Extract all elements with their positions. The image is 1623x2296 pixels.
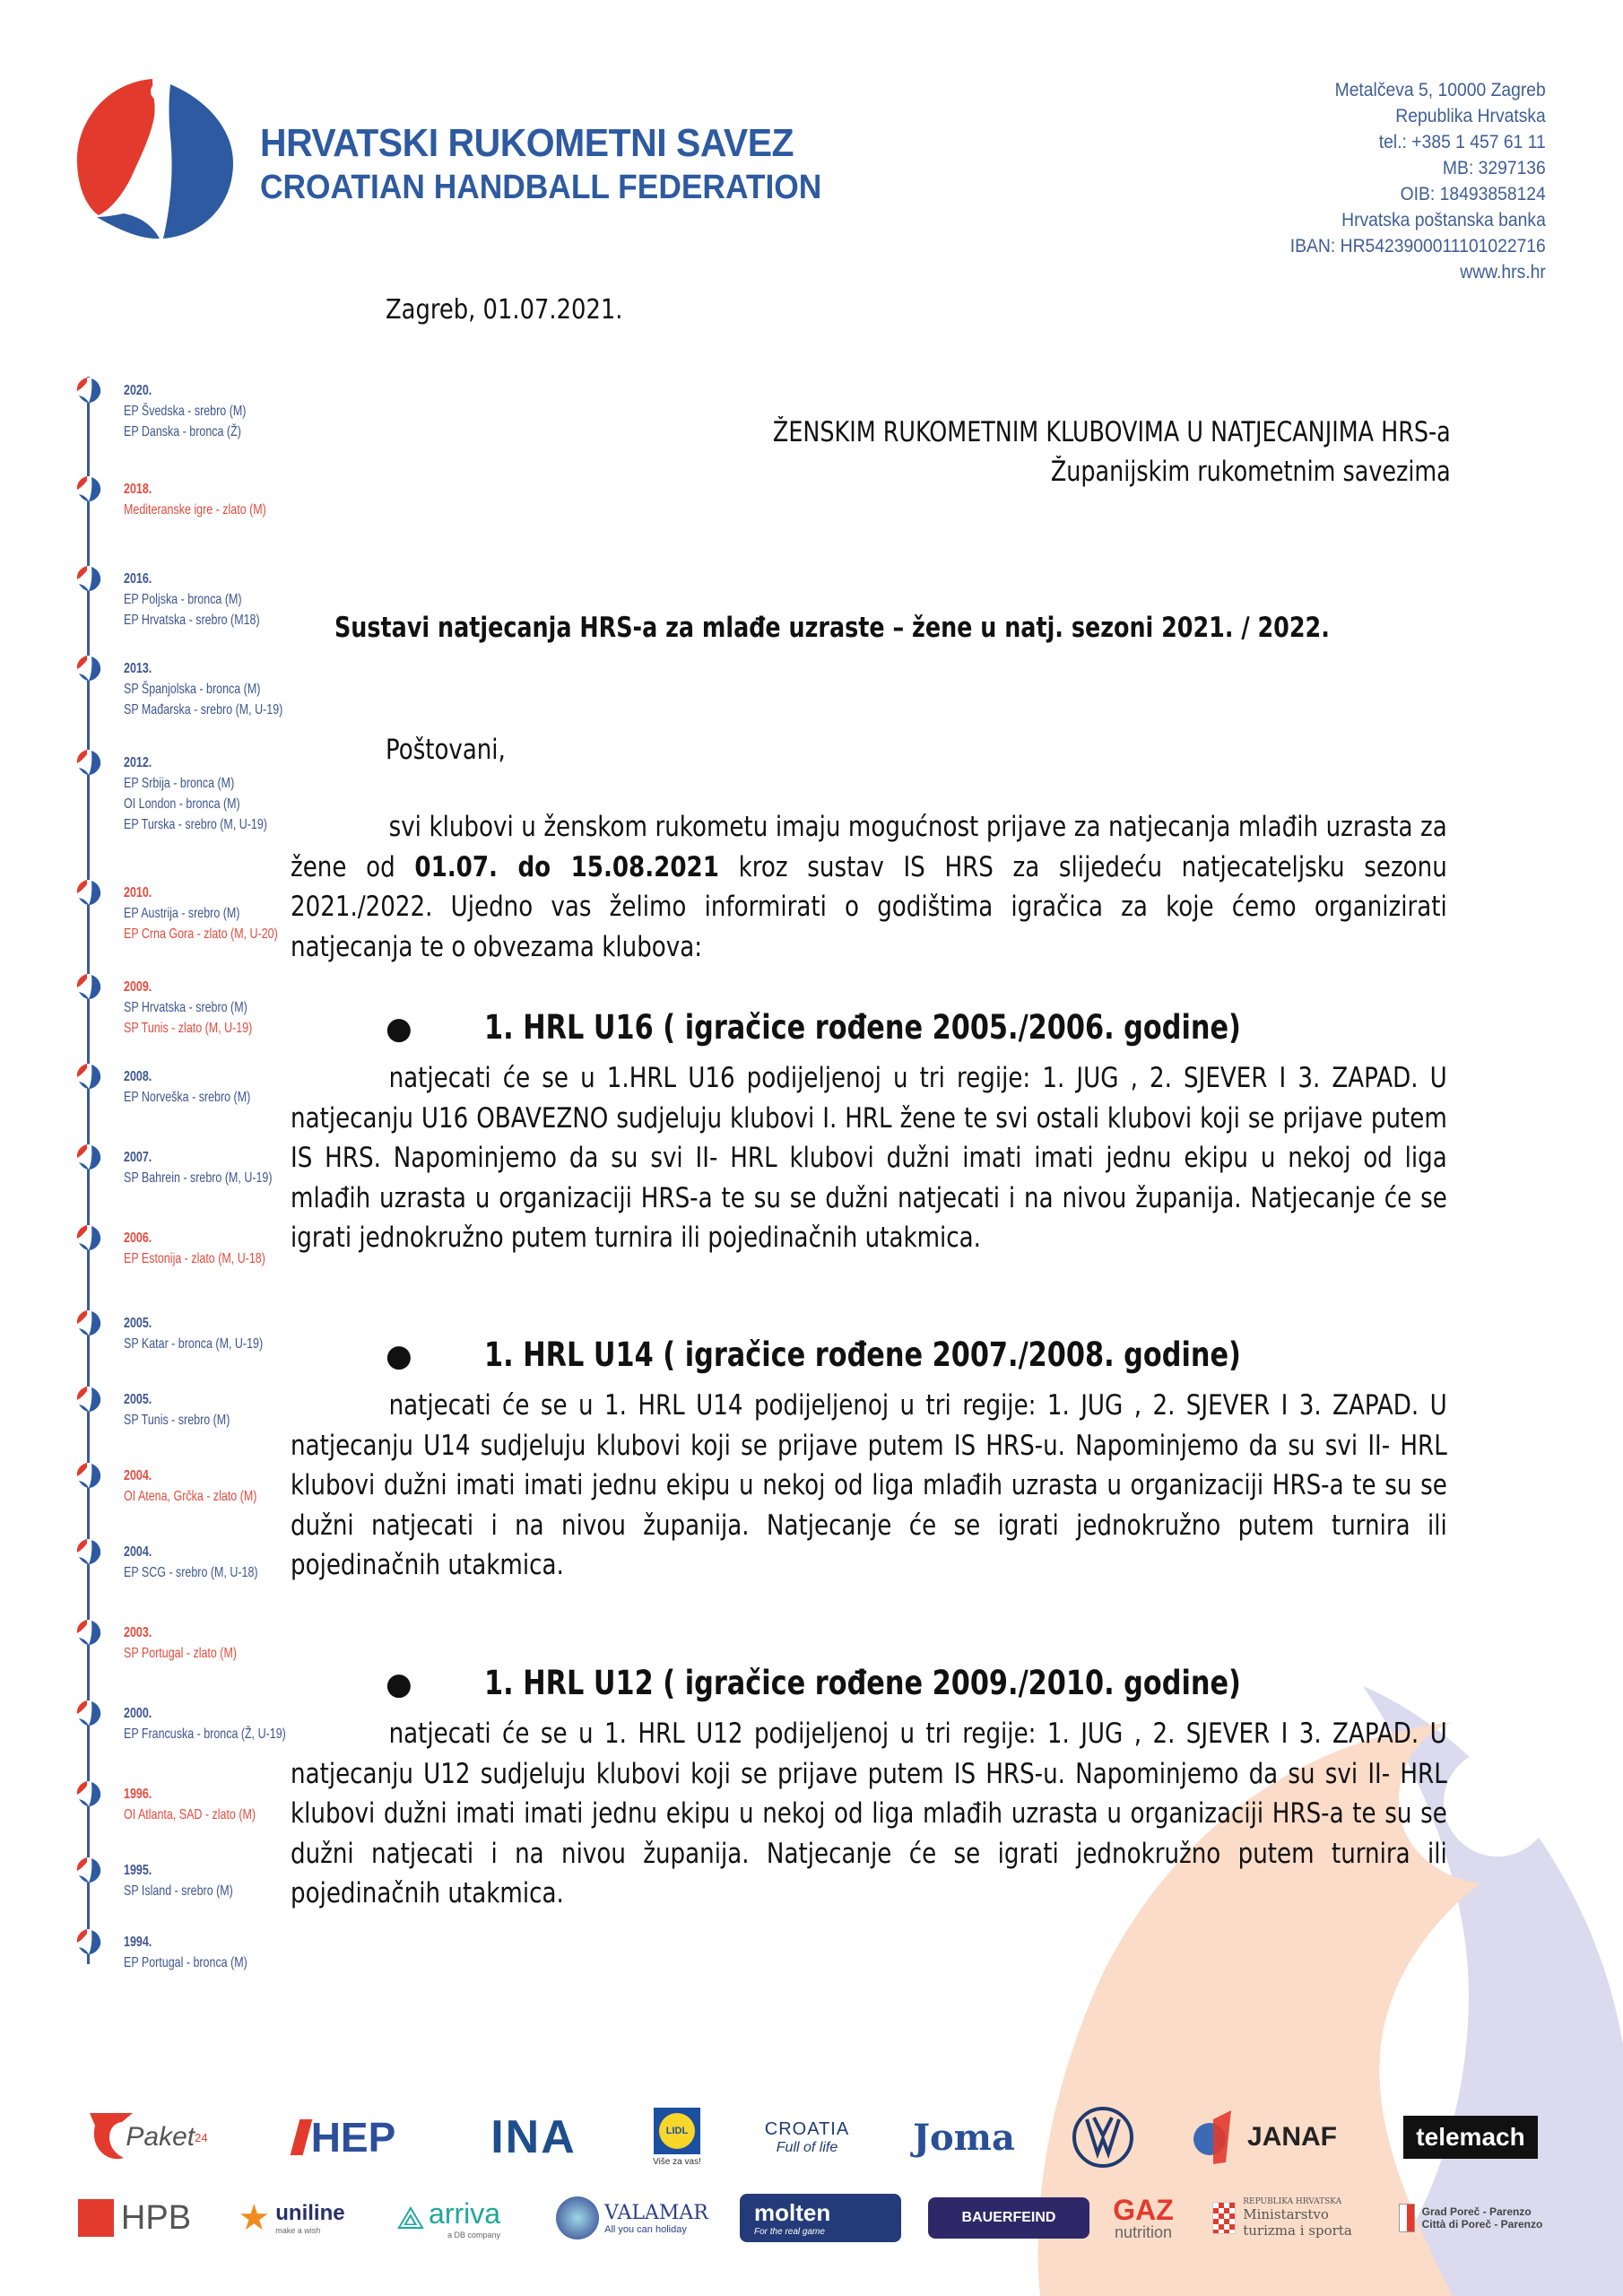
greeting: Poštovani, xyxy=(386,734,506,766)
timeline-achievement: EP Hrvatska - srebro (M18) xyxy=(124,610,260,631)
timeline-year: 2010. xyxy=(124,883,278,903)
contact-mb: MB: 3297136 xyxy=(1290,155,1546,181)
federation-logo-icon xyxy=(70,74,240,244)
timeline-achievement: EP Danska - bronca (Ž) xyxy=(124,422,246,442)
timeline-achievement: OI Atlanta, SAD - zlato (M) xyxy=(124,1805,256,1825)
timeline-year: 2004. xyxy=(124,1465,256,1486)
handball-icon xyxy=(75,565,102,592)
timeline-achievement: SP Bahrein - srebro (M, U-19) xyxy=(124,1168,273,1188)
timeline-achievement: OI Atena, Grčka - zlato (M) xyxy=(124,1486,256,1507)
contact-phone: tel.: +385 1 457 61 11 xyxy=(1290,129,1546,155)
timeline-year: 2005. xyxy=(124,1389,230,1410)
section-body-u14: natjecati će se u 1. HRL U14 podijeljeno… xyxy=(291,1386,1447,1586)
recipient-clubs: ŽENSKIM RUKOMETNIM KLUBOVIMA U NATJECANJ… xyxy=(773,413,1451,452)
sponsor-telemach-logo: telemach xyxy=(1390,2099,1551,2176)
handball-icon xyxy=(75,1462,102,1489)
sponsor-molten-logo: molten For the real game xyxy=(740,2179,901,2257)
sponsor-hpb-logo: HPB xyxy=(72,2179,197,2257)
handball-icon xyxy=(75,655,102,682)
handball-icon xyxy=(75,749,102,776)
section-heading-u14: ●1. HRL U14 ( igračice rođene 2007./2008… xyxy=(386,1335,1407,1374)
sponsor-porec-logo: Grad Poreč - ParenzoCittà di Poreč - Par… xyxy=(1381,2179,1560,2257)
handball-icon xyxy=(75,1063,102,1090)
contact-bank: Hrvatska poštanska banka xyxy=(1290,207,1546,233)
contact-oib: OIB: 18493858124 xyxy=(1290,181,1546,207)
timeline-year: 2007. xyxy=(124,1147,273,1168)
sponsor-ministry-logo: REPUBLIKA HRVATSKAMinistarstvoturizma i … xyxy=(1202,2179,1363,2257)
contact-website[interactable]: www.hrs.hr xyxy=(1290,259,1546,285)
sponsor-croatia-logo: CROATIA Full of life xyxy=(744,2099,870,2176)
sponsor-joma-logo: Joma xyxy=(897,2099,1031,2176)
handball-icon xyxy=(75,1928,102,1955)
sponsor-arriva-logo: ⟁ arrivaa DB company xyxy=(377,2179,520,2257)
timeline-achievement: EP Turska - srebro (M, U-19) xyxy=(124,814,267,835)
timeline-year: 2013. xyxy=(124,658,282,679)
timeline-achievement: EP Crna Gora - zlato (M, U-20) xyxy=(124,924,278,944)
handball-icon xyxy=(75,1538,102,1565)
contact-country: Republika Hrvatska xyxy=(1290,103,1546,129)
timeline-achievement: SP Portugal - zlato (M) xyxy=(124,1643,237,1664)
registration-period: 01.07. do 15.08.2021 xyxy=(414,851,719,883)
federation-name-en: CROATIAN HANDBALL FEDERATION xyxy=(260,170,821,204)
sponsor-janaf-logo: JANAF xyxy=(1184,2099,1345,2176)
timeline-achievement: SP Hrvatska - srebro (M) xyxy=(124,997,252,1018)
section-heading-u16: ●1. HRL U16 ( igračice rođene 2005./2006… xyxy=(386,1008,1407,1047)
handball-icon xyxy=(75,1780,102,1807)
contact-iban: IBAN: HR5423900011101022716 xyxy=(1290,233,1546,259)
recipients: ŽENSKIM RUKOMETNIM KLUBOVIMA U NATJECANJ… xyxy=(624,413,1451,491)
sponsor-volkswagen-logo xyxy=(1067,2099,1139,2176)
timeline-year: 2003. xyxy=(124,1622,237,1643)
sponsor-gaz-logo: GAZ nutrition xyxy=(1103,2179,1184,2257)
handball-icon xyxy=(75,1224,102,1251)
timeline-achievement: OI London - bronca (M) xyxy=(124,794,267,814)
timeline-year: 2000. xyxy=(124,1703,286,1724)
timeline-achievement: EP Francuska - bronca (Ž, U-19) xyxy=(124,1724,286,1744)
timeline-achievement: EP Poljska - bronca (M) xyxy=(124,589,260,610)
sponsor-row-1: Paket24 HEP INA LIDL Više za vas! CROATI… xyxy=(63,2099,1560,2179)
sponsor-bauerfeind-logo: BAUERFEIND xyxy=(928,2179,1089,2257)
contact-address: Metalčeva 5, 10000 Zagreb xyxy=(1290,77,1546,103)
intro-paragraph: svi klubovi u ženskom rukometu imaju mog… xyxy=(291,807,1447,967)
bullet-icon: ● xyxy=(386,1666,484,1702)
timeline-achievement: EP Norveška - srebro (M) xyxy=(124,1087,250,1108)
handball-icon xyxy=(75,475,102,502)
sponsor-lidl-logo: LIDL Više za vas! xyxy=(637,2099,717,2176)
section-body-u12: natjecati će se u 1. HRL U12 podijeljeno… xyxy=(291,1714,1447,1914)
timeline-achievement: EP Estonija - zlato (M, U-18) xyxy=(124,1248,265,1269)
timeline-achievement: SP Španjolska - bronca (M) xyxy=(124,679,282,700)
timeline-achievement: SP Katar - bronca (M, U-19) xyxy=(124,1334,263,1354)
recipient-associations: Županijskim rukometnim savezima xyxy=(773,452,1451,491)
timeline-achievement: EP Švedska - srebro (M) xyxy=(124,401,246,422)
handball-icon xyxy=(75,1386,102,1413)
section-body-u16: natjecati će se u 1.HRL U16 podijeljenoj… xyxy=(291,1058,1447,1258)
timeline-achievement: EP Portugal - bronca (M) xyxy=(124,1952,247,1973)
janaf-icon xyxy=(1192,2110,1240,2164)
timeline-achievement: SP Tunis - srebro (M) xyxy=(124,1410,230,1431)
federation-name: HRVATSKI RUKOMETNI SAVEZ CROATIAN HANDBA… xyxy=(260,124,864,204)
sponsor-ina-logo: INA xyxy=(457,2099,610,2176)
handball-icon xyxy=(75,1857,102,1883)
timeline-achievement: Mediteranske igre - zlato (M) xyxy=(124,500,266,520)
timeline-year: 2018. xyxy=(124,479,266,500)
letter-date: Zagreb, 01.07.2021. xyxy=(386,294,622,326)
timeline-year: 1994. xyxy=(124,1932,247,1952)
timeline-achievement: SP Tunis - zlato (M, U-19) xyxy=(124,1018,252,1039)
timeline-year: 2005. xyxy=(124,1313,263,1334)
sponsor-paket24-logo: Paket24 xyxy=(72,2099,224,2176)
sponsor-uniline-logo: ★ unilinemake a wish xyxy=(224,2179,359,2257)
sponsor-row-2: HPB ★ unilinemake a wish ⟁ arrivaa DB co… xyxy=(63,2179,1560,2260)
contact-block: Metalčeva 5, 10000 Zagreb Republika Hrva… xyxy=(1268,77,1546,285)
timeline-year: 2008. xyxy=(124,1066,250,1087)
timeline-achievement: SP Island - srebro (M) xyxy=(124,1881,233,1901)
achievements-timeline: 2020.EP Švedska - srebro (M)EP Danska - … xyxy=(63,377,314,1964)
timeline-year: 2012. xyxy=(124,752,267,773)
timeline-year: 2004. xyxy=(124,1542,258,1562)
timeline-year: 2006. xyxy=(124,1228,265,1248)
sponsor-logos: Paket24 HEP INA LIDL Više za vas! CROATI… xyxy=(63,2099,1560,2260)
timeline-achievement: SP Mađarska - srebro (M, U-19) xyxy=(124,700,282,720)
handball-icon xyxy=(75,973,102,1000)
handball-icon xyxy=(75,1700,102,1726)
timeline-year: 2009. xyxy=(124,977,252,997)
timeline-year: 1996. xyxy=(124,1784,256,1805)
handball-icon xyxy=(75,1619,102,1646)
federation-name-hr: HRVATSKI RUKOMETNI SAVEZ xyxy=(260,124,821,163)
sponsor-hep-logo: HEP xyxy=(278,2099,412,2176)
bullet-icon: ● xyxy=(386,1011,484,1047)
bullet-icon: ● xyxy=(386,1338,484,1374)
timeline-year: 2016. xyxy=(124,569,260,589)
timeline-achievement: EP Srbija - bronca (M) xyxy=(124,773,267,794)
timeline-year: 1995. xyxy=(124,1860,233,1881)
handball-icon xyxy=(75,879,102,906)
timeline-year: 2020. xyxy=(124,380,246,401)
handball-icon xyxy=(75,1144,102,1170)
timeline-achievement: EP SCG - srebro (M, U-18) xyxy=(124,1562,258,1583)
letter-subject: Sustavi natjecanja HRS-a za mlađe uzrast… xyxy=(334,612,1330,644)
section-heading-u12: ●1. HRL U12 ( igračice rođene 2009./2010… xyxy=(386,1664,1407,1702)
handball-icon xyxy=(75,377,102,404)
handball-icon xyxy=(75,1309,102,1336)
timeline-achievement: EP Austrija - srebro (M) xyxy=(124,903,278,924)
sponsor-valamar-logo: VALAMARAll you can holiday xyxy=(547,2179,717,2257)
vw-icon xyxy=(1071,2105,1135,2170)
